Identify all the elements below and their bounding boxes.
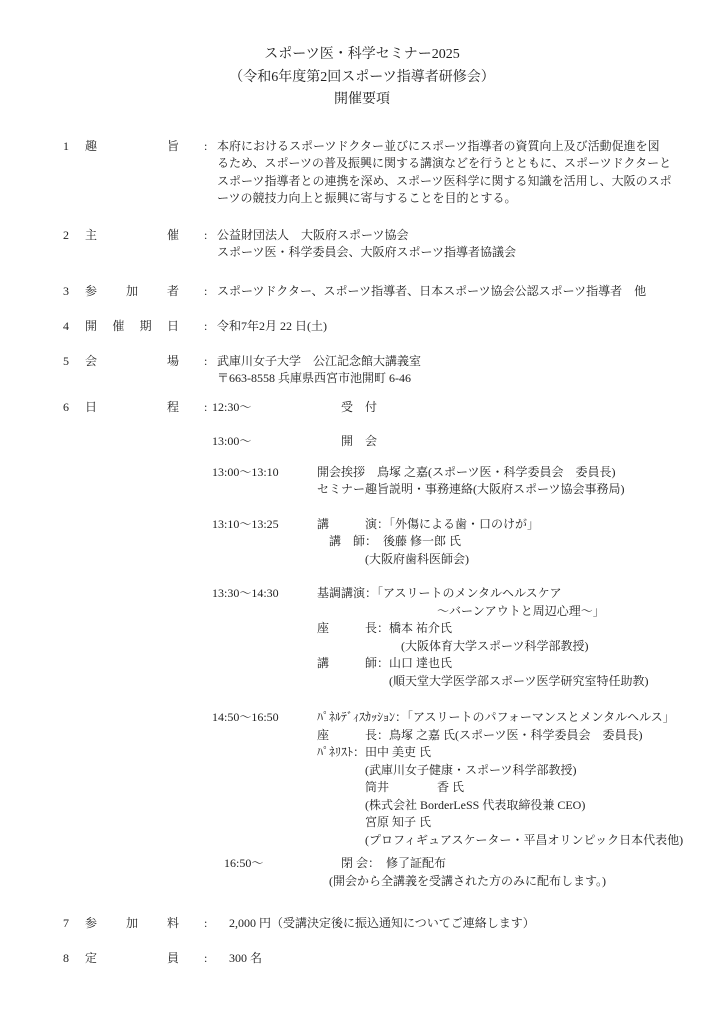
- schedule-line: (順天堂大学医学部スポーツ医学研究室特任助教): [317, 673, 714, 691]
- date-line: 令和7年2月 22 日(土): [217, 318, 714, 336]
- item-colon: :: [204, 318, 207, 336]
- item-participants: 3 参加者 : スポーツドクター、スポーツ指導者、日本スポーツ協会公認スポーツ指…: [0, 283, 724, 301]
- participants-line: スポーツドクター、スポーツ指導者、日本スポーツ協会公認スポーツ指導者 他: [217, 283, 714, 301]
- purpose-line: るため、スポーツの普及振興に関する講演などを行うとともに、スポーツドクターと: [217, 155, 714, 173]
- item-number: 7: [63, 915, 69, 933]
- schedule-line: 座 長：橋本 祐介氏: [317, 620, 714, 638]
- item-label: 参加者: [85, 283, 179, 301]
- purpose-line: 本府におけるスポーツドクター並びにスポーツ指導者の資質向上及び活動促進を図: [217, 138, 714, 156]
- schedule-row-lecture: 13:10～13:25 講 演：「外傷による歯・口のけが」 講 師： 後藤 修一…: [217, 516, 714, 569]
- item-purpose: 1 趣旨 : 本府におけるスポーツドクター並びにスポーツ指導者の資質向上及び活動…: [0, 138, 724, 208]
- item-colon: :: [204, 915, 207, 933]
- schedule-time: 13:30～14:30: [212, 585, 279, 603]
- item-number: 3: [63, 283, 69, 301]
- schedule-line: 講 演：「外傷による歯・口のけが」: [317, 516, 714, 534]
- schedule-line: セミナー趣旨説明・事務連絡(大阪府スポーツ協会事務局): [317, 481, 714, 499]
- schedule-line: (株式会社 BorderLeSS 代表取締役兼 CEO): [317, 797, 714, 815]
- item-number: 1: [63, 138, 69, 156]
- item-number: 6: [63, 399, 69, 417]
- item-fee: 7 参加料 : 2,000 円（受講決定後に振込通知についてご連絡します）: [0, 915, 724, 933]
- schedule-line: 宮原 知子 氏: [317, 814, 714, 832]
- doc-subtitle: （令和6年度第2回スポーツ指導者研修会）: [0, 67, 724, 90]
- doc-heading: 開催要項: [0, 89, 724, 112]
- doc-title: スポーツ医・科学セミナー2025: [0, 44, 724, 67]
- schedule-line: ﾊﾟﾈﾙﾃﾞｨｽｶｯｼｮﾝ：「アスリートのパフォーマンスとメンタルヘルス」: [317, 709, 714, 727]
- schedule-line: (大阪府歯科医師会): [317, 551, 714, 569]
- item-colon: :: [204, 353, 207, 371]
- schedule-line: 座 長：鳥塚 之嘉 氏(スポーツ医・科学委員会 委員長): [317, 727, 714, 745]
- item-capacity: 8 定員 : 300 名: [0, 950, 724, 968]
- item-number: 5: [63, 353, 69, 371]
- schedule-line: 受 付: [317, 399, 714, 417]
- schedule-time: 16:50～: [212, 855, 263, 873]
- schedule-line: 講 師：山口 達也氏: [317, 655, 714, 673]
- item-colon: :: [204, 950, 207, 968]
- item-label: 参加料: [85, 915, 179, 933]
- item-label: 主催: [85, 227, 179, 245]
- venue-line: 武庫川女子大学 公江記念館大講義室: [217, 353, 714, 371]
- document-header: スポーツ医・科学セミナー2025 （令和6年度第2回スポーツ指導者研修会） 開催…: [0, 44, 724, 112]
- item-colon: :: [204, 283, 207, 301]
- schedule-line: 筒井 香 氏: [317, 779, 714, 797]
- schedule-row-keynote: 13:30～14:30 基調講演：「アスリートのメンタルヘルスケア ～バーンアウ…: [217, 585, 714, 690]
- capacity-line: 300 名: [217, 950, 714, 968]
- item-colon: :: [204, 399, 207, 417]
- item-date: 4 開催期日 : 令和7年2月 22 日(土): [0, 318, 724, 336]
- item-number: 2: [63, 227, 69, 245]
- item-number: 4: [63, 318, 69, 336]
- purpose-line: スポーツ指導者との連携を深め、スポーツ医科学に関する知識を活用し、大阪のスポ: [217, 173, 714, 191]
- item-organizer: 2 主催 : 公益財団法人 大阪府スポーツ協会 スポーツ医・科学委員会、大阪府ス…: [0, 227, 724, 262]
- schedule-line: 開 会: [317, 433, 714, 451]
- schedule-row-greeting: 13:00～13:10 開会挨拶 鳥塚 之嘉(スポーツ医・科学委員会 委員長) …: [217, 464, 714, 499]
- item-program: 6 日程 : 12:30～ 受 付 13:00～ 開 会 13:00～13:10…: [0, 399, 724, 891]
- schedule-row-panel: 14:50～16:50 ﾊﾟﾈﾙﾃﾞｨｽｶｯｼｮﾝ：「アスリートのパフォーマンス…: [217, 709, 714, 849]
- item-colon: :: [204, 227, 207, 245]
- schedule-row-opening: 13:00～ 開 会: [217, 433, 714, 451]
- item-label: 日程: [85, 399, 179, 417]
- schedule-line: 開会挨拶 鳥塚 之嘉(スポーツ医・科学委員会 委員長): [317, 464, 714, 482]
- schedule-time: 14:50～16:50: [212, 709, 279, 727]
- schedule-line: 講 師： 後藤 修一郎 氏: [317, 533, 714, 551]
- program-schedule: 12:30～ 受 付 13:00～ 開 会 13:00～13:10 開会挨拶 鳥…: [217, 399, 714, 891]
- schedule-line: ～バーンアウトと周辺心理～」: [317, 603, 714, 621]
- schedule-time: 13:00～13:10: [212, 464, 279, 482]
- organizer-line: スポーツ医・科学委員会、大阪府スポーツ指導者協議会: [217, 244, 714, 262]
- schedule-line: (プロフィギュアスケーター・平昌オリンピック日本代表他): [317, 832, 714, 850]
- fee-line: 2,000 円（受講決定後に振込通知についてご連絡します）: [217, 915, 714, 933]
- purpose-line: ーツの競技力向上と振興に寄与することを目的とする。: [217, 190, 714, 208]
- item-number: 8: [63, 950, 69, 968]
- item-colon: :: [204, 138, 207, 156]
- schedule-line: ﾊﾟﾈﾘｽﾄ：田中 美吏 氏: [317, 744, 714, 762]
- organizer-line: 公益財団法人 大阪府スポーツ協会: [217, 227, 714, 245]
- schedule-line: (大阪体育大学スポーツ科学部教授): [317, 638, 714, 656]
- item-label: 趣旨: [85, 138, 179, 156]
- venue-address-line: 〒663-8558 兵庫県西宮市池開町 6-46: [217, 370, 714, 388]
- schedule-line: (武庫川女子健康・スポーツ科学部教授): [317, 762, 714, 780]
- schedule-row-reception: 12:30～ 受 付: [217, 399, 714, 417]
- item-venue: 5 会場 : 武庫川女子大学 公江記念館大講義室 〒663-8558 兵庫県西宮…: [0, 353, 724, 388]
- schedule-line: 閉 会： 修了証配布: [317, 855, 714, 873]
- schedule-time: 12:30～: [212, 399, 251, 417]
- item-label: 開催期日: [85, 318, 179, 336]
- schedule-time: 13:00～: [212, 433, 251, 451]
- schedule-row-closing: 16:50～ 閉 会： 修了証配布 (開会から全講義を受講された方のみに配布しま…: [217, 855, 714, 890]
- schedule-time: 13:10～13:25: [212, 516, 279, 534]
- schedule-line: 基調講演：「アスリートのメンタルヘルスケア: [317, 585, 714, 603]
- schedule-line: (開会から全講義を受講された方のみに配布します。): [317, 873, 714, 891]
- seminar-outline-document: スポーツ医・科学セミナー2025 （令和6年度第2回スポーツ指導者研修会） 開催…: [0, 0, 724, 1024]
- item-label: 会場: [85, 353, 179, 371]
- item-label: 定員: [85, 950, 179, 968]
